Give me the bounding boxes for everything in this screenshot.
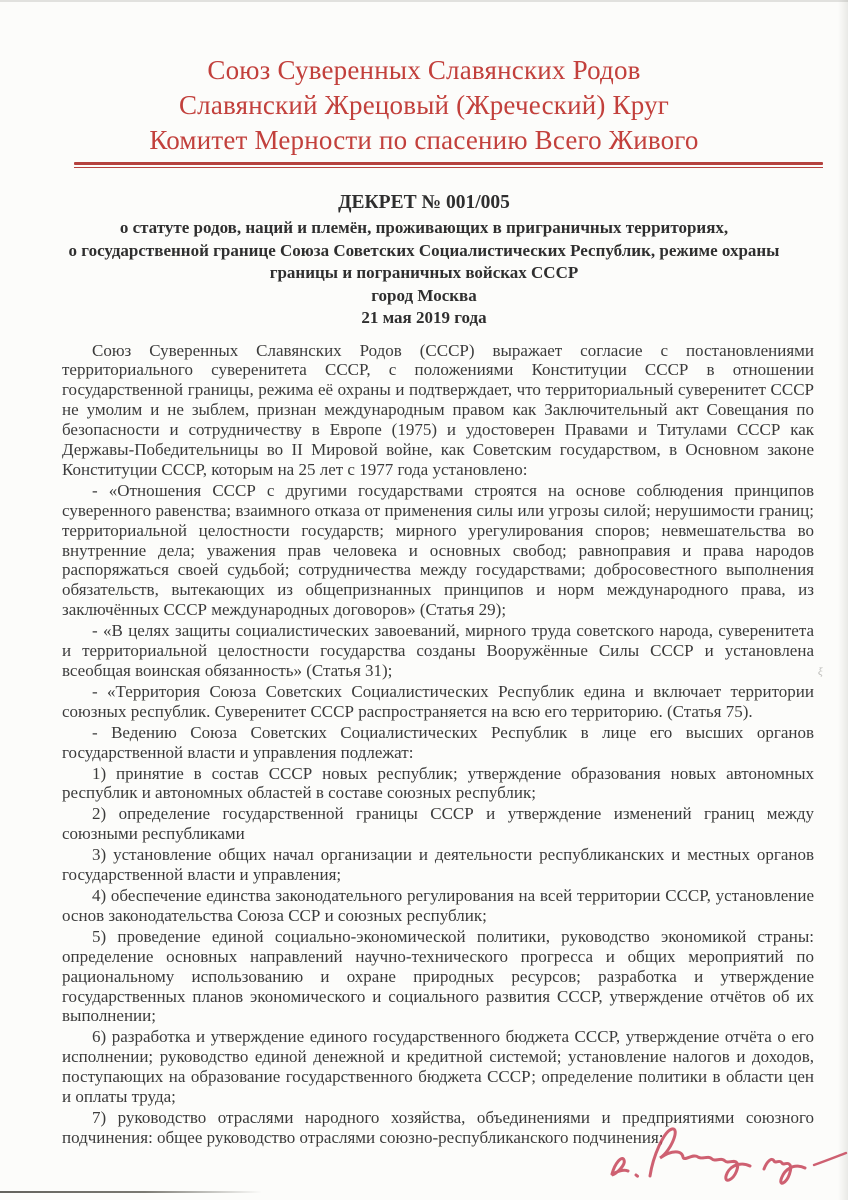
scan-artifact-right-edge: [838, 0, 848, 1200]
body-paragraph-item-2: 2) определение государственной границы С…: [62, 804, 814, 844]
divider-thick-line: [74, 162, 823, 165]
decree-subtitle-line-1: о статуте родов, наций и племён, прожива…: [0, 217, 848, 240]
decree-date: 21 мая 2019 года: [0, 307, 848, 330]
org-name-line-3: Комитет Мерности по спасению Всего Живог…: [0, 123, 848, 158]
body-paragraph-item-5: 5) проведение единой социально-экономиче…: [62, 927, 814, 1027]
body-paragraph-item-1: 1) принятие в состав СССР новых республи…: [62, 764, 814, 804]
header-divider-rule: [74, 162, 823, 168]
body-paragraph: Союз Суверенных Славянских Родов (СССР) …: [62, 341, 814, 480]
body-paragraph: - «Отношения СССР с другими государствам…: [62, 481, 814, 620]
scan-artifact-bottom-edge: [0, 1191, 262, 1193]
divider-thin-line: [74, 167, 823, 168]
document-page: Союз Суверенных Славянских Родов Славянс…: [0, 0, 848, 1200]
decree-number-title: ДЕКРЕТ № 001/005: [0, 191, 848, 215]
org-name-line-2: Славянский Жрецовый (Жреческий) Круг: [0, 88, 848, 123]
body-paragraph-item-3: 3) установление общих начал организации …: [62, 845, 814, 885]
body-paragraph-item-4: 4) обеспечение единства законодательного…: [62, 886, 814, 926]
scan-artifact-margin-mark: ξ: [817, 666, 824, 679]
decree-place: город Москва: [0, 285, 848, 308]
body-paragraph-item-7: 7) руководство отраслями народного хозяй…: [62, 1108, 814, 1148]
decree-title-block: ДЕКРЕТ № 001/005 о статуте родов, наций …: [0, 191, 848, 330]
body-paragraph: - Ведению Союза Советских Социалистическ…: [62, 723, 814, 763]
decree-subtitle-line-3: границы и пограничных войсках СССР: [0, 262, 848, 285]
body-paragraph-item-6: 6) разработка и утверждение единого госу…: [62, 1027, 814, 1107]
document-header: Союз Суверенных Славянских Родов Славянс…: [0, 0, 848, 168]
body-paragraph: - «В целях защиты социалистических завое…: [62, 621, 814, 681]
org-name-line-1: Союз Суверенных Славянских Родов: [0, 53, 848, 88]
decree-subtitle: о статуте родов, наций и племён, прожива…: [0, 217, 848, 330]
decree-subtitle-line-2: о государственной границе Союза Советски…: [0, 240, 848, 263]
body-paragraph: - «Территория Союза Советских Социалисти…: [62, 682, 814, 722]
decree-body: Союз Суверенных Славянских Родов (СССР) …: [62, 341, 814, 1148]
